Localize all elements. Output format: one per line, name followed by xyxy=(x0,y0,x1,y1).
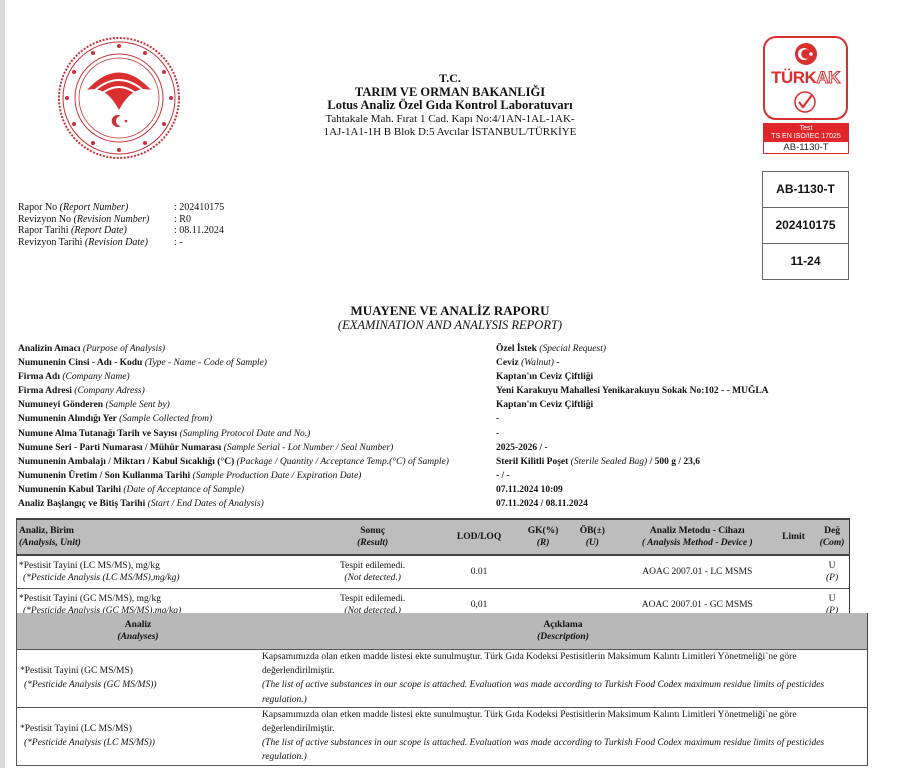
accreditation-number: AB-1130-T xyxy=(763,172,848,208)
turkish-flag-crescent-icon xyxy=(794,42,818,66)
info-value: - / - xyxy=(496,469,510,483)
info-row: Numunenin Ambalajı / Miktarı / Kabul Sıc… xyxy=(18,455,769,469)
info-value: Yeni Karakuyu Mahallesi Yenikarakuyu Sok… xyxy=(496,384,769,398)
info-label: Numunenin Cinsi - Adı - Kodu (Type - Nam… xyxy=(18,356,496,370)
turkak-wordmark: TÜRKAK xyxy=(765,68,846,88)
table-row: *Pestisit Tayini (LC MS/MS), mg/kg(*Pest… xyxy=(17,555,850,589)
info-label: Analizin Amacı (Purpose of Analysis) xyxy=(18,342,496,356)
info-row: Numunenin Alındığı Yer (Sample Collected… xyxy=(18,412,769,426)
results-table: Analiz, Birim(Analysis, Unit) Sonuç(Resu… xyxy=(16,518,850,622)
header-address-line1: Tahtakale Mah. Fırat 1 Cad. Kapı No:4/1A… xyxy=(290,113,610,127)
info-label: Numunenin Üretim / Son Kullanma Tarihi (… xyxy=(18,469,496,483)
info-value: - xyxy=(496,412,499,426)
meta-revision-date: Revizyon Tarihi (Revision Date) : - xyxy=(18,237,224,249)
info-label: Numuneyi Gönderen (Sample Sent by) xyxy=(18,398,496,412)
report-meta: Rapor No (Report Number) : 202410175 Rev… xyxy=(18,202,224,248)
turkak-standard-band: Test TS EN ISO/IEC 17025 xyxy=(763,123,849,142)
turkak-accreditation-logo: TÜRKAK Test TS EN ISO/IEC 17025 AB-1130-… xyxy=(763,36,850,154)
info-label: Firma Adı (Company Name) xyxy=(18,370,496,384)
info-value: Kaptan'ın Ceviz Çiftliği xyxy=(496,370,593,384)
page-edge-strip xyxy=(0,0,5,768)
info-label: Numune Alma Tutanağı Tarih ve Sayısı (Sa… xyxy=(18,427,496,441)
info-row: Numunenin Üretim / Son Kullanma Tarihi (… xyxy=(18,469,769,483)
report-period-box: 11-24 xyxy=(763,244,848,279)
meta-revision-number: Revizyon No (Revision Number) : R0 xyxy=(18,214,224,226)
results-header-row: Analiz, Birim(Analysis, Unit) Sonuç(Resu… xyxy=(17,519,850,555)
info-value: 07.11.2024 / 08.11.2024 xyxy=(496,497,588,511)
info-row: Firma Adresi (Company Adress)Yeni Karaku… xyxy=(18,384,769,398)
header-tc: T.C. xyxy=(290,72,610,86)
meta-report-date: Rapor Tarihi (Report Date) : 08.11.2024 xyxy=(18,225,224,237)
header-lab-name: Lotus Analiz Özel Gıda Kontrol Laboratuv… xyxy=(290,99,610,113)
info-label: Analiz Başlangıç ve Bitiş Tarihi (Start … xyxy=(18,497,496,511)
info-row: Numune Alma Tutanağı Tarih ve Sayısı (Sa… xyxy=(18,427,769,441)
info-row: Numunenin Kabul Tarihi (Date of Acceptan… xyxy=(18,483,769,497)
info-row: Numunenin Cinsi - Adı - Kodu (Type - Nam… xyxy=(18,356,769,370)
info-value: 2025-2026 / - xyxy=(496,441,548,455)
report-number-box: 202410175 xyxy=(763,208,848,244)
info-row: Numuneyi Gönderen (Sample Sent by)Kaptan… xyxy=(18,398,769,412)
info-value: Kaptan'ın Ceviz Çiftliği xyxy=(496,398,593,412)
report-title-en: (EXAMINATION AND ANALYSIS REPORT) xyxy=(300,318,600,332)
info-row: Analiz Başlangıç ve Bitiş Tarihi (Start … xyxy=(18,497,769,511)
header-address-line2: 1AJ-1A1-1H B Blok D:5 Avcılar İSTANBUL/T… xyxy=(290,126,610,140)
info-value: Özel İstek (Special Request) xyxy=(496,342,606,356)
info-value: - xyxy=(496,427,499,441)
table-row: *Pestisit Tayini (GC MS/MS)(*Pesticide A… xyxy=(17,650,868,708)
info-label: Numunenin Kabul Tarihi (Date of Acceptan… xyxy=(18,483,496,497)
info-label: Numune Seri - Parti Numarası / Mühür Num… xyxy=(18,441,496,455)
description-header-row: Analiz(Analyses) Açıklama(Description) xyxy=(17,613,868,650)
info-label: Numunenin Ambalajı / Miktarı / Kabul Sıc… xyxy=(18,455,496,469)
lab-header: T.C. TARIM VE ORMAN BAKANLIĞI Lotus Anal… xyxy=(290,72,610,140)
info-label: Firma Adresi (Company Adress) xyxy=(18,384,496,398)
info-value: Steril Kilitli Poşet (Sterile Sealed Bag… xyxy=(496,455,700,469)
report-title: MUAYENE VE ANALİZ RAPORU (EXAMINATION AN… xyxy=(300,303,600,332)
header-ministry: TARIM VE ORMAN BAKANLIĞI xyxy=(290,86,610,100)
info-row: Numune Seri - Parti Numarası / Mühür Num… xyxy=(18,441,769,455)
check-circle-icon xyxy=(793,90,817,114)
turkak-code: AB-1130-T xyxy=(763,142,849,154)
table-row: *Pestisit Tayini (LC MS/MS)(*Pesticide A… xyxy=(17,707,868,765)
meta-report-number: Rapor No (Report Number) : 202410175 xyxy=(18,202,224,214)
info-row: Firma Adı (Company Name)Kaptan'ın Ceviz … xyxy=(18,370,769,384)
sample-info: Analizin Amacı (Purpose of Analysis)Özel… xyxy=(18,342,769,511)
description-table: Analiz(Analyses) Açıklama(Description) *… xyxy=(16,613,868,766)
info-label: Numunenin Alındığı Yer (Sample Collected… xyxy=(18,412,496,426)
reference-box: AB-1130-T 202410175 11-24 xyxy=(762,171,849,280)
info-value: 07.11.2024 10:09 xyxy=(496,483,563,497)
info-row: Analizin Amacı (Purpose of Analysis)Özel… xyxy=(18,342,769,356)
report-title-tr: MUAYENE VE ANALİZ RAPORU xyxy=(300,303,600,318)
ministry-seal-icon xyxy=(52,35,186,161)
info-value: Ceviz (Walnut) - xyxy=(496,356,560,370)
